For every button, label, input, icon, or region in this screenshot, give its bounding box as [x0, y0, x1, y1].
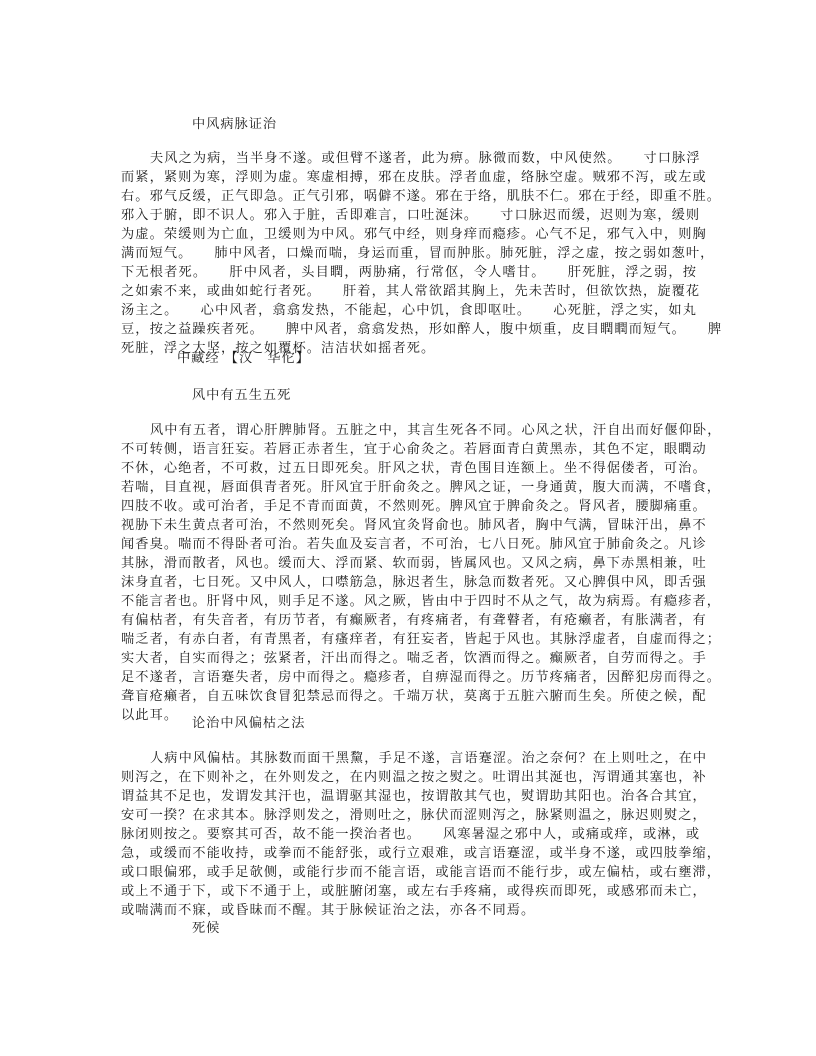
paragraph-line: 谓益其不足也，发谓发其汗也，温谓驱其湿也，按谓散其气也，熨谓助其阳也。治各合其宜…: [121, 788, 697, 807]
paragraph-line: 汤主之。 心中风者，翕翕发热，不能起，心中饥，食即呕吐。 心死脏，浮之实，如丸: [121, 302, 697, 321]
paragraph-line: 或口眼偏邪，或手足欹侧，或能行步而不能言语，或能言语而不能行步，或左偏枯，或右壅…: [121, 864, 697, 883]
paragraph-line: 若喘，目直视，唇面俱青者死。肝风宜于肝俞灸之。脾风之证，一身通黄，腹大而满，不嗜…: [121, 479, 697, 498]
paragraph-line: 不能言者也。肝肾中风，则手足不遂。风之厥，皆由中于四时不从之气，故为病焉。有瘾疹…: [121, 593, 697, 612]
paragraph-line: 满而短气。 肺中风者，口燥而喘，身运而重，冒而肿胀。肺死脏，浮之虚，按之弱如葱叶…: [121, 245, 697, 264]
section-title: 风中有五生五死: [192, 386, 291, 405]
source-citation: 中藏经 【汉 华佗】: [177, 349, 310, 368]
section-title: 中风病脉证治: [192, 115, 277, 134]
paragraph-line: 脉闭则按之。要察其可否，故不能一揆治者也。 风寒暑湿之邪中人，或痛或痒，或淋，或: [121, 826, 697, 845]
paragraph-line: 实大者，自实而得之；弦紧者，汗出而得之。喘乏者，饮酒而得之。癫厥者，自劳而得之。…: [121, 650, 697, 669]
paragraph-line: 闻香臭。喘而不得卧者可治。若失血及妄言者，不可治，七八日死。肺风宜于肺俞灸之。凡…: [121, 536, 697, 555]
paragraph-line: 足不遂者，言语蹇失者，房中而得之。瘾疹者，自痹湿而得之。历节疼痛者，因醉犯房而得…: [121, 669, 697, 688]
paragraph-line: 而紧，紧则为寒，浮则为虚。寒虚相搏，邪在皮肤。浮者血虚，络脉空虚。贼邪不泻，或左…: [121, 169, 697, 188]
paragraph-line: 沫身直者，七日死。又中风人，口噤筋急，脉迟者生，脉急而数者死。又心脾俱中风，即舌…: [121, 574, 697, 593]
paragraph-line: 其脉，滑而散者，风也。缓而大、浮而紧、软而弱，皆属风也。又风之病，鼻下赤黑相兼，…: [121, 555, 697, 574]
document-page: 中风病脉证治 夫风之为病，当半身不遂。或但臂不遂者，此为痹。脉微而数，中风使然。…: [0, 0, 816, 1056]
paragraph-line: 有偏枯者，有失音者，有历节者，有癫厥者，有疼痛者，有聋瞽者，有疮癞者，有胀满者，…: [121, 612, 697, 631]
paragraph-line: 右。邪气反缓，正气即急。正气引邪，㖞僻不遂。邪在于络，肌肤不仁。邪在于经，即重不…: [121, 188, 697, 207]
paragraph-line: 为虚。荣缓则为亡血，卫缓则为中风。邪气中经，则身痒而瘾疹。心气不足，邪气入中，则…: [121, 226, 697, 245]
paragraph-line: 夫风之为病，当半身不遂。或但臂不遂者，此为痹。脉微而数，中风使然。 寸口脉浮: [150, 150, 697, 169]
paragraph-line: 或上不通于下，或下不通于上，或脏腑闭塞，或左右手疼痛，或得疾而即死，或感邪而未亡…: [121, 883, 697, 902]
section-title: 论治中风偏枯之法: [192, 714, 306, 733]
paragraph-line: 视胁下未生黄点者可治，不然则死矣。肾风宜灸肾俞也。肺风者，胸中气满，冒昧汗出，鼻…: [121, 517, 697, 536]
paragraph-line: 不休，心绝者，不可救，过五日即死矣。肝风之状，青色围目连额上。坐不得倨偻者，可治…: [121, 460, 697, 479]
paragraph-line: 之如索不来，或曲如蛇行者死。 肝着，其人常欲蹈其胸上，先未苦时，但欲饮热，旋覆花: [121, 283, 697, 302]
paragraph-line: 不可转侧，语言狂妄。若唇正赤者生，宜于心俞灸之。若唇面青白黄黑赤，其色不定，眼瞤…: [121, 441, 697, 460]
paragraph-line: 急，或缓而不能收持，或拳而不能舒张，或行立艰难，或言语蹇涩，或半身不遂，或四肢拳…: [121, 845, 697, 864]
paragraph-line: 邪入于腑，即不识人。邪入于脏，舌即难言，口吐涎沫。 寸口脉迟而缓，迟则为寒，缓则: [121, 207, 697, 226]
paragraph-line: 安可一揆？在求其本。脉浮则发之，滑则吐之，脉伏而涩则泻之，脉紧则温之，脉迟则熨之…: [121, 807, 697, 826]
paragraph-line: 喘乏者，有赤白者，有青黑者，有瘙痒者，有狂妄者，皆起于风也。其脉浮虚者，自虚而得…: [121, 631, 697, 650]
paragraph-line: 风中有五者，谓心肝脾肺肾。五脏之中，其言生死各不同。心风之状，汗自出而好偃仰卧，: [150, 422, 697, 441]
paragraph-line: 豆，按之益躁疾者死。 脾中风者，翕翕发热，形如醉人，腹中烦重，皮目瞤瞤而短气。 …: [121, 321, 697, 340]
section-title: 死候: [192, 919, 220, 938]
paragraph-line: 人病中风偏枯。其脉数而面干黑黧，手足不遂，言语蹇涩。治之奈何？在上则吐之，在中: [150, 750, 697, 769]
paragraph-line: 四肢不收。或可治者，手足不青而面黄，不然则死。脾风宜于脾俞灸之。肾风者，腰脚痛重…: [121, 498, 697, 517]
paragraph-line: 聋盲疮癞者，自五味饮食冒犯禁忌而得之。千端万状，莫离于五脏六腑而生矣。所使之候，…: [121, 688, 697, 707]
paragraph-line: 则泻之，在下则补之，在外则发之，在内则温之按之熨之。吐谓出其涎也，泻谓通其塞也，…: [121, 769, 697, 788]
paragraph-line: 下无根者死。 肝中风者，头目瞤，两胁痛，行常伛，令人嗜甘。 肝死脏，浮之弱，按: [121, 264, 697, 283]
